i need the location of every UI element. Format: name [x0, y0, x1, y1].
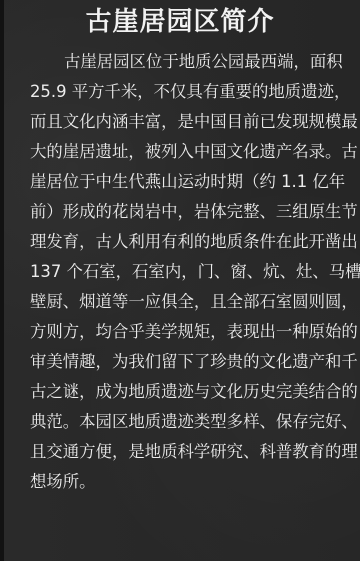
sign-title: 古崖居园区简介 — [0, 5, 360, 39]
body-line: 想场所。 — [30, 467, 346, 497]
body-line: 方则方，均合乎美学规矩，表现出一种原始的 — [30, 317, 346, 347]
body-line: 而且文化内涵丰富，是中国目前已发现规模最 — [30, 107, 346, 137]
body-line: 典范。本园区地质遗迹类型多样、保存完好、 — [30, 407, 346, 437]
body-line: 25.9 平方千米，不仅具有重要的地质遗迹， — [30, 77, 346, 107]
body-line: 古之谜，成为地质遗迹与文化历史完美结合的 — [30, 377, 346, 407]
body-line: 崖居位于中生代燕山运动时期（约 1.1 亿年 — [30, 167, 346, 197]
body-line: 137 个石室，石室内，门、窗、炕、灶、马槽、 — [30, 257, 346, 287]
body-line: 理发育，古人利用有利的地质条件在此开凿出 — [30, 227, 346, 257]
body-line: 大的崖居遗址，被列入中国文化遗产名录。古 — [30, 137, 346, 167]
body-line: 且交通方便，是地质科学研究、科普教育的理 — [30, 437, 346, 467]
sign-body: 古崖居园区位于地质公园最西端，面积 25.9 平方千米，不仅具有重要的地质遗迹，… — [30, 47, 346, 497]
board-edge — [0, 0, 4, 561]
body-line: 审美情趣，为我们留下了珍贵的文化遗产和千 — [30, 347, 346, 377]
info-sign-board: 古崖居园区简介 古崖居园区位于地质公园最西端，面积 25.9 平方千米，不仅具有… — [0, 0, 360, 561]
body-line: 前）形成的花岗岩中，岩体完整、三组原生节 — [30, 197, 346, 227]
body-line: 古崖居园区位于地质公园最西端，面积 — [30, 47, 346, 77]
body-line: 壁厨、烟道等一应俱全，且全部石室圆则圆， — [30, 287, 346, 317]
